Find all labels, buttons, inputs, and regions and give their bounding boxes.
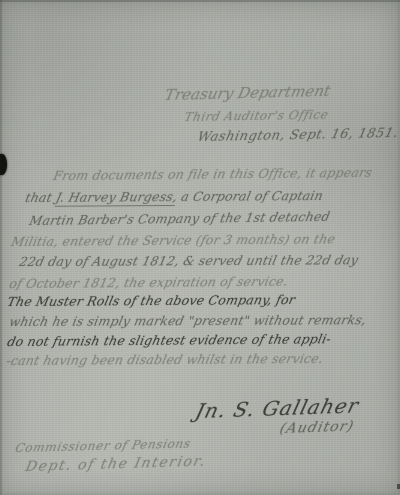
addressee-department: Dept. of the Interior.	[24, 453, 208, 475]
body-line-1: From documents on file in this Office, i…	[52, 165, 374, 183]
body-line-4: Militia, entered the Service (for 3 mont…	[10, 231, 337, 249]
body-line-3: Martin Barber's Company of the 1st detac…	[28, 209, 332, 228]
dateline-department: Treasury Department	[163, 82, 332, 104]
body-line-5: 22d day of August 1812, & served until t…	[18, 252, 360, 269]
scan-edge-black-mark	[0, 154, 7, 175]
body-line-9: do not furnish the slightest evidence of…	[6, 331, 333, 349]
body-line-8: which he is simply marked "present" with…	[8, 312, 368, 329]
body-line-2-suffix: a Corporal of Captain	[176, 188, 325, 204]
body-line-2-prefix: that	[24, 190, 58, 205]
scanned-letter-page: Treasury Department Third Auditor's Offi…	[0, 0, 400, 495]
addressee-title: Commissioner of Pensions	[14, 436, 192, 455]
signature-title: (Auditor)	[278, 418, 356, 437]
body-line-2: that J. Harvey Burgess, a Corporal of Ca…	[24, 188, 325, 205]
scan-edge-top	[0, 0, 400, 2]
dateline-place-date: Washington, Sept. 16, 1851.	[196, 126, 400, 145]
scan-edge-left	[0, 0, 2, 495]
body-line-7: The Muster Rolls of the above Company, f…	[6, 292, 297, 309]
body-line-10: -cant having been disabled whilst in the…	[5, 351, 325, 368]
body-line-6: of October 1812, the expiration of servi…	[8, 274, 290, 291]
dateline-office: Third Auditor's Office	[183, 108, 330, 124]
applicant-name-underlined: J. Harvey Burgess,	[54, 189, 179, 207]
